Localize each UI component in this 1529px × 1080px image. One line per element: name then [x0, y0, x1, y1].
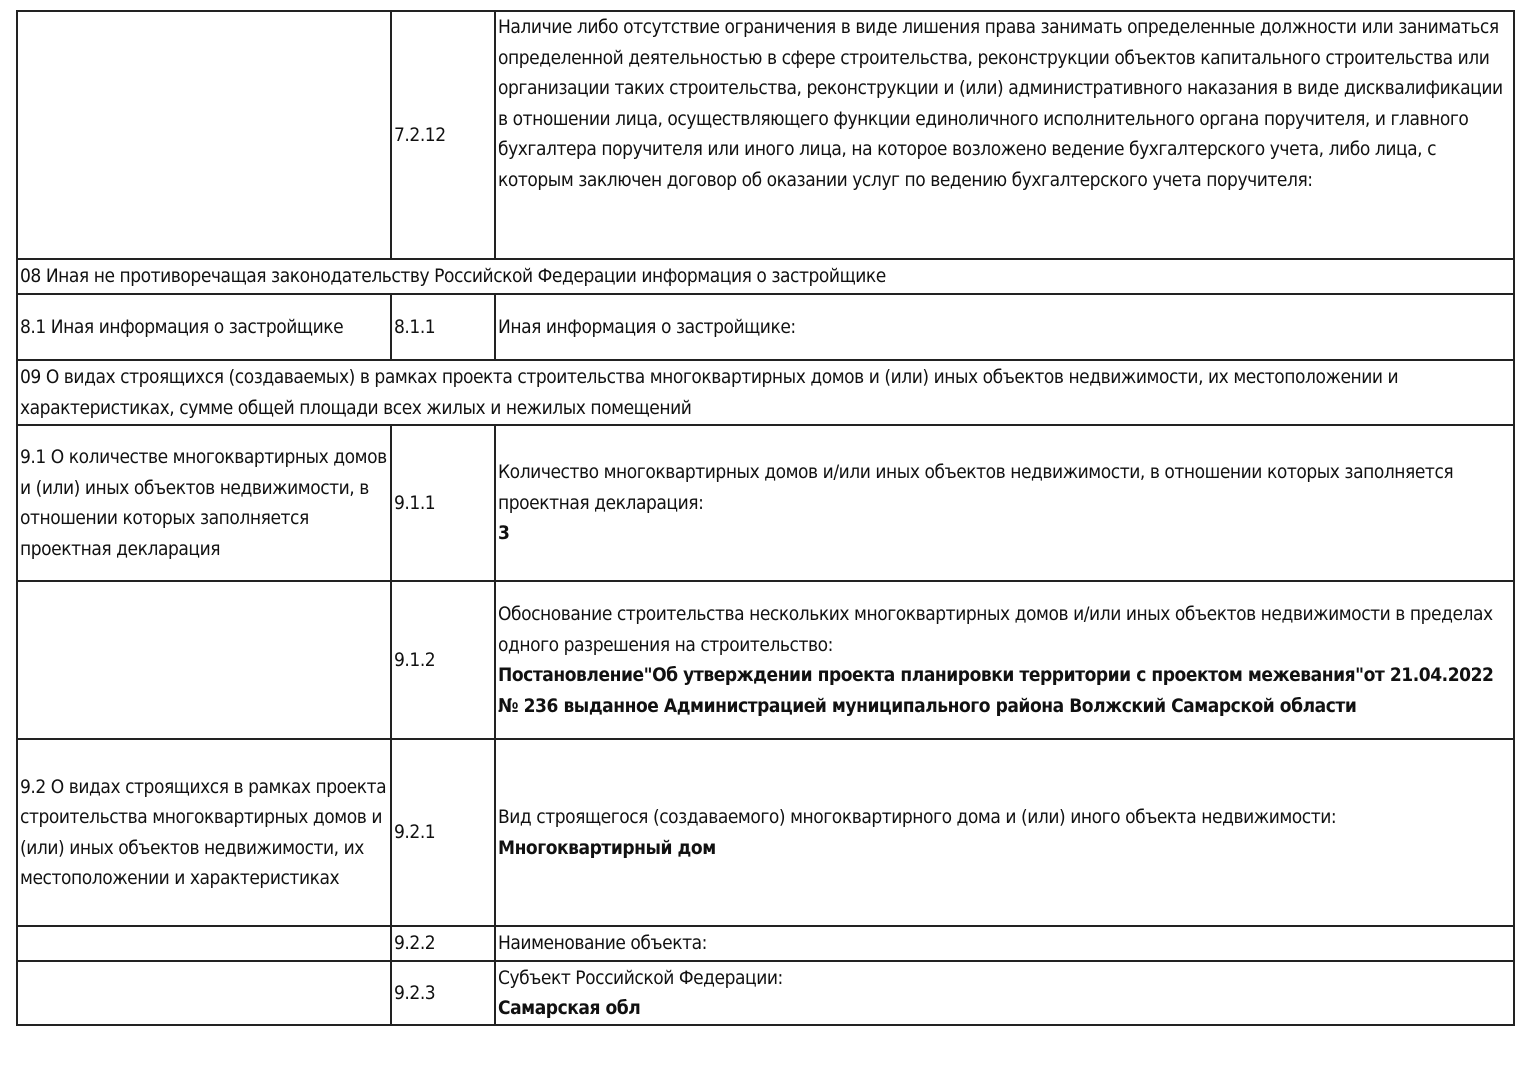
group-cell [17, 926, 391, 961]
group-cell [17, 961, 391, 1025]
group-cell: 9.1 О количестве многоквартирных домов и… [17, 425, 391, 581]
item-code: 9.1.1 [391, 425, 495, 581]
section-title: 08 Иная не противоречащая законодательст… [17, 259, 1514, 294]
item-cell: Количество многоквартирных домов и/или и… [495, 425, 1514, 581]
item-cell: Наличие либо отсутствие ограничения в ви… [495, 11, 1514, 259]
table-row-9-1-2: 9.1.2 Обоснование строительства нескольк… [17, 581, 1514, 739]
item-code: 9.2.1 [391, 739, 495, 926]
group-cell [17, 11, 391, 259]
item-label: Количество многоквартирных домов и/или и… [498, 457, 1511, 518]
item-value: Постановление"Об утверждении проекта пла… [498, 660, 1511, 721]
table-row-9-2-3: 9.2.3 Субъект Российской Федерации: Сама… [17, 961, 1514, 1025]
group-cell: 8.1 Иная информация о застройщике [17, 294, 391, 360]
item-label: Обоснование строительства нескольких мно… [498, 599, 1511, 660]
table-row-9-1-1: 9.1 О количестве многоквартирных домов и… [17, 425, 1514, 581]
item-cell: Вид строящегося (создаваемого) многоквар… [495, 739, 1514, 926]
item-code: 7.2.12 [391, 11, 495, 259]
item-label: Иная информация о застройщике: [498, 312, 1511, 343]
item-cell: Субъект Российской Федерации: Самарская … [495, 961, 1514, 1025]
table-row-7-2-12: 7.2.12 Наличие либо отсутствие ограничен… [17, 11, 1514, 259]
item-code: 9.2.3 [391, 961, 495, 1025]
table-row-9-2-1: 9.2 О видах строящихся в рамках проекта … [17, 739, 1514, 926]
group-cell [17, 581, 391, 739]
table-row-9-2-2: 9.2.2 Наименование объекта: [17, 926, 1514, 961]
section-row-09: 09 О видах строящихся (создаваемых) в ра… [17, 360, 1514, 425]
item-label: Субъект Российской Федерации: [498, 963, 1511, 994]
item-cell: Наименование объекта: [495, 926, 1514, 961]
section-title: 09 О видах строящихся (создаваемых) в ра… [17, 360, 1514, 425]
section-row-08: 08 Иная не противоречащая законодательст… [17, 259, 1514, 294]
item-value: 3 [498, 518, 1511, 549]
item-cell: Иная информация о застройщике: [495, 294, 1514, 360]
table-row-8-1-1: 8.1 Иная информация о застройщике 8.1.1 … [17, 294, 1514, 360]
item-code: 9.1.2 [391, 581, 495, 739]
declaration-table: 7.2.12 Наличие либо отсутствие ограничен… [16, 10, 1515, 1026]
item-value: Самарская обл [498, 993, 1511, 1024]
group-cell: 9.2 О видах строящихся в рамках проекта … [17, 739, 391, 926]
item-value: Многоквартирный дом [498, 833, 1511, 864]
item-label: Наименование объекта: [498, 928, 1511, 959]
item-code: 8.1.1 [391, 294, 495, 360]
item-cell: Обоснование строительства нескольких мно… [495, 581, 1514, 739]
item-code: 9.2.2 [391, 926, 495, 961]
item-label: Вид строящегося (создаваемого) многоквар… [498, 802, 1511, 833]
item-label: Наличие либо отсутствие ограничения в ви… [498, 12, 1511, 195]
